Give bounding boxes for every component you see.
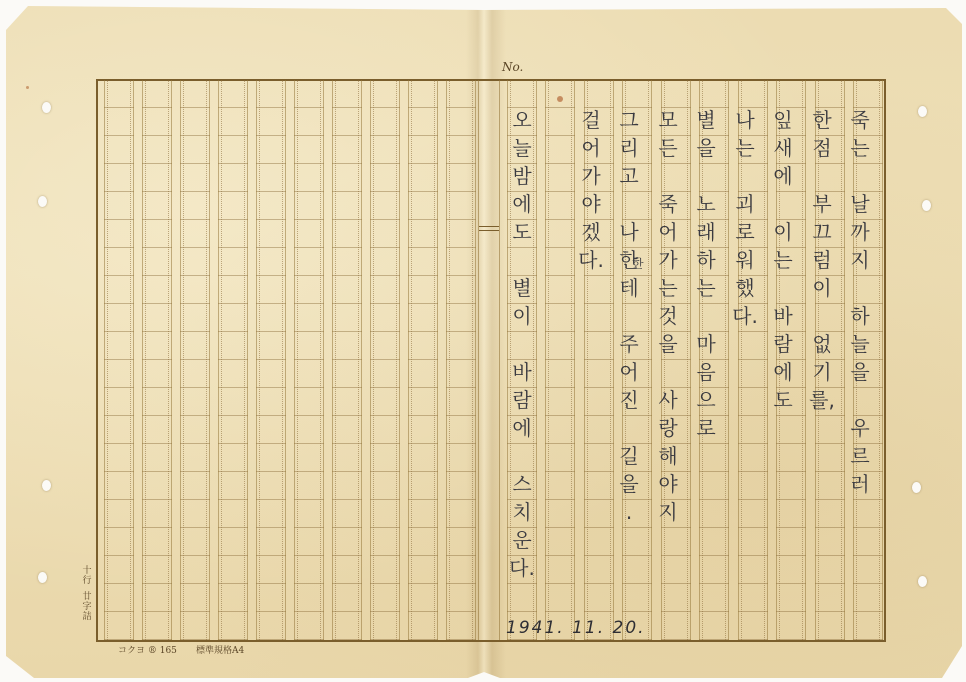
poem-character: 테 [615, 274, 643, 302]
poem-character: 로 [692, 414, 720, 442]
poem-character: 럼 [808, 246, 836, 274]
poem-character [769, 274, 797, 302]
poem-character: 다. [731, 302, 759, 330]
poem-character: 에 [508, 190, 536, 218]
poem-character: 러 [846, 470, 874, 498]
grid-column [256, 80, 286, 640]
poem-character: 겠 [577, 218, 605, 246]
grid-column [370, 80, 400, 640]
poem-character: 밤 [508, 162, 536, 190]
poem-character: 람 [769, 330, 797, 358]
poem-character: 지 [654, 498, 682, 526]
poem-character: 것 [654, 302, 682, 330]
poem-character [769, 190, 797, 218]
punch-hole [42, 480, 51, 491]
poem-character: 리 [615, 134, 643, 162]
poem-character: 는 [846, 134, 874, 162]
grid-column [180, 80, 210, 640]
poem-character: 바 [508, 358, 536, 386]
poem-character: 워 [731, 246, 759, 274]
poem-character [654, 358, 682, 386]
poem-character: 길 [615, 442, 643, 470]
poem-character: 바 [769, 302, 797, 330]
punch-hole [922, 200, 931, 211]
center-spine [478, 80, 500, 640]
poem-character: 어 [577, 134, 605, 162]
poem-character: 어 [654, 218, 682, 246]
grid-column [142, 80, 172, 640]
grid-column [218, 80, 248, 640]
poem-character: 에 [508, 414, 536, 442]
poem-character [846, 274, 874, 302]
poem-character: 그 [615, 106, 643, 134]
poem-character: 야 [654, 470, 682, 498]
punch-hole [42, 102, 51, 113]
poem-character: 을 [846, 358, 874, 386]
poem-character: 를, [808, 386, 836, 414]
poem-character: 주 [615, 330, 643, 358]
poem-character: 을 [615, 470, 643, 498]
poem-character: 했 [731, 274, 759, 302]
poem-character [846, 386, 874, 414]
poem-character [615, 190, 643, 218]
poem-character: 날 [846, 190, 874, 218]
poem-character: 해 [654, 442, 682, 470]
poem-character: 끄 [808, 218, 836, 246]
poem-character: 을 [692, 134, 720, 162]
poem-character: 는 [769, 246, 797, 274]
poem-character: 마 [692, 330, 720, 358]
poem-character: 점 [808, 134, 836, 162]
poem-character [508, 442, 536, 470]
grid-column [332, 80, 362, 640]
grid-column [408, 80, 438, 640]
poem-character: 가 [577, 162, 605, 190]
poem-character: 스 [508, 470, 536, 498]
poem-character: 오 [508, 106, 536, 134]
poem-character: 한 [808, 106, 836, 134]
grid-column [446, 80, 476, 640]
poem-character: 는 [692, 274, 720, 302]
poem-character: 죽 [846, 106, 874, 134]
poem-character [615, 302, 643, 330]
poem-character: 늘 [508, 134, 536, 162]
grid-column [545, 80, 575, 640]
poem-character: 가 [654, 246, 682, 274]
margin-label-chars: 廿字詰 [80, 592, 94, 622]
ink-stain [26, 86, 29, 89]
grid-column [104, 80, 134, 640]
poem-character: . [615, 498, 643, 526]
poem-character: 기 [808, 358, 836, 386]
poem-line: 죽는날까지하늘을우르러 [845, 106, 875, 498]
poem-character: 든 [654, 134, 682, 162]
poem-character: 하 [846, 302, 874, 330]
poem-character [808, 162, 836, 190]
poem-line: 잎새에이는바람에도 [768, 106, 798, 414]
poem-character: 별 [508, 274, 536, 302]
grid-left-half [98, 80, 478, 640]
page-number-label: No. [502, 60, 523, 74]
poem-character: 나 [615, 218, 643, 246]
poem-character: 잎 [769, 106, 797, 134]
punch-hole [912, 482, 921, 493]
poem-line: 별을노래하는마음으로 [691, 106, 721, 442]
poem-character: 음 [692, 358, 720, 386]
poem-character: 도 [769, 386, 797, 414]
spine-tick [479, 226, 499, 231]
poem-character: 다. [577, 246, 605, 274]
poem-line: 한점부끄럼이없기를, [807, 106, 837, 414]
punch-hole [918, 576, 927, 587]
poem-character: 야 [577, 190, 605, 218]
poem-character: 로 [731, 218, 759, 246]
poem-character: 걸 [577, 106, 605, 134]
poem-character: 이 [769, 218, 797, 246]
punch-hole [38, 196, 47, 207]
grid-column [294, 80, 324, 640]
poem-character: 이 [808, 274, 836, 302]
poem-character: 는 [654, 274, 682, 302]
poem-character: 는 [731, 134, 759, 162]
punch-hole [38, 572, 47, 583]
poem-character: 사 [654, 386, 682, 414]
poem-character: 다. [508, 554, 536, 582]
poem-character: 어 [615, 358, 643, 386]
poem-character: 고 [615, 162, 643, 190]
footer-brand: コクヨ ® 165 [118, 643, 177, 656]
poem-character: 도 [508, 218, 536, 246]
poem-character: 노 [692, 190, 720, 218]
footer-standard: 標準規格A4 [196, 643, 244, 656]
poem-character: 까 [846, 218, 874, 246]
poem-line: 오늘밤에도별이바람에스치운다. [507, 106, 537, 582]
poem-character: 래 [692, 218, 720, 246]
poem-character: 으 [692, 386, 720, 414]
poem-character [692, 302, 720, 330]
poem-character: 나 [731, 106, 759, 134]
poem-character: 하 [692, 246, 720, 274]
poem-character [808, 302, 836, 330]
poem-character [508, 330, 536, 358]
poem-character: 치 [508, 498, 536, 526]
poem-character: 람 [508, 386, 536, 414]
poem-character: 을 [654, 330, 682, 358]
poem-character: 랑 [654, 414, 682, 442]
poem-character: 르 [846, 442, 874, 470]
poem-character: 부 [808, 190, 836, 218]
poem-character [731, 162, 759, 190]
poem-character [615, 414, 643, 442]
punch-hole [918, 106, 927, 117]
poem-line: 걸어가야겠다. [576, 106, 606, 274]
margin-label-rows: 十行 [80, 566, 94, 586]
poem-character: 운 [508, 526, 536, 554]
poem-character: 늘 [846, 330, 874, 358]
poem-line: 그리고나한테주어진길을. [614, 106, 644, 526]
poem-character: 괴 [731, 190, 759, 218]
poem-character: 에 [769, 358, 797, 386]
poem-character: 죽 [654, 190, 682, 218]
poem-line: 모든죽어가는것을사랑해야지 [653, 106, 683, 526]
poem-character [654, 162, 682, 190]
poem-character [508, 246, 536, 274]
poem-character: 이 [508, 302, 536, 330]
poem-character: 없 [808, 330, 836, 358]
poem-character: 우 [846, 414, 874, 442]
date-written: 1941. 11. 20. [506, 618, 646, 638]
poem-character: 모 [654, 106, 682, 134]
poem-character [846, 162, 874, 190]
poem-character: 별 [692, 106, 720, 134]
poem-character: 에 [769, 162, 797, 190]
poem-character: 새 [769, 134, 797, 162]
poem-character: 진 [615, 386, 643, 414]
poem-character: 지 [846, 246, 874, 274]
poem-character [692, 162, 720, 190]
poem-line: 나는괴로워했다. [730, 106, 760, 330]
interlinear-correction: 한 [632, 255, 644, 272]
